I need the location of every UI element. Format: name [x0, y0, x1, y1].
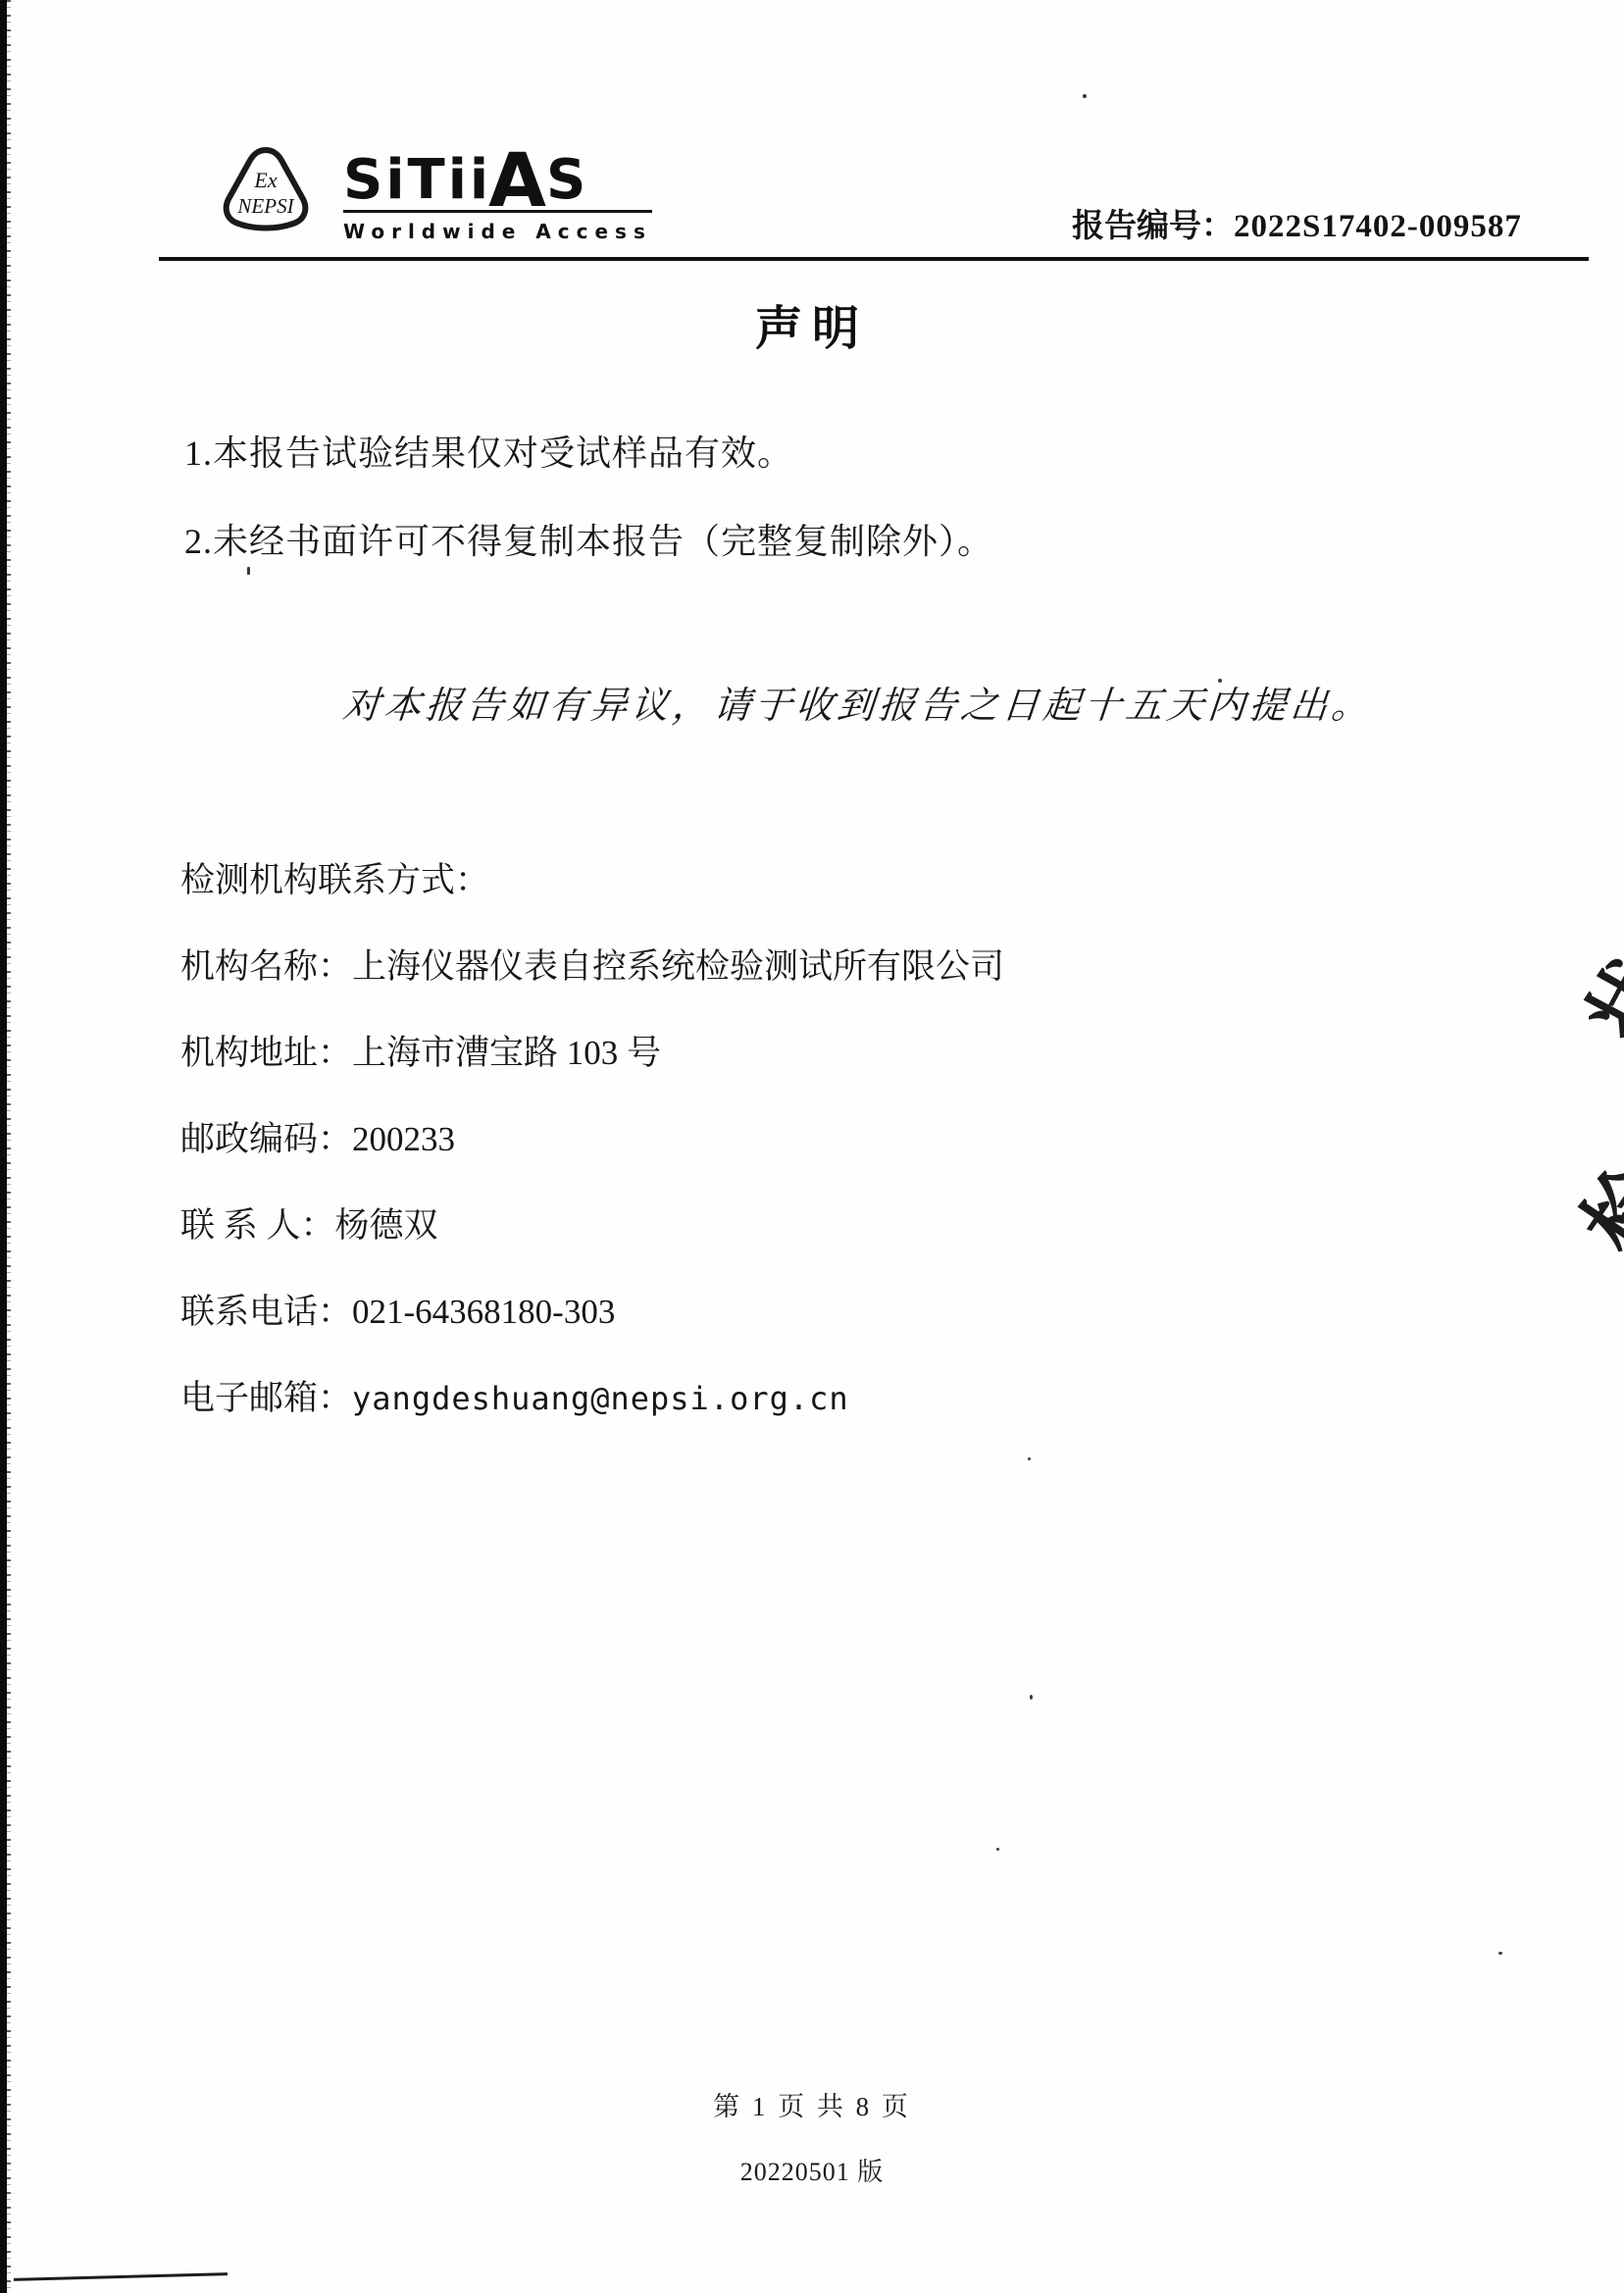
sitiias-logotype: SiTiiAS [343, 147, 652, 205]
statement-2: 2.未经书面许可不得复制本报告（完整复制除外）。 [184, 514, 993, 564]
email-value: yangdeshuang@nepsi.org.cn [352, 1380, 849, 1417]
scan-speck [247, 567, 250, 575]
contact-row-phone: 联系电话：021-64368180-303 [180, 1285, 1004, 1371]
email-label: 电子邮箱： [180, 1379, 352, 1417]
badge-nepsi-text: NEPSI [236, 194, 294, 218]
contact-row-postcode: 邮政编码：200233 [180, 1112, 1004, 1198]
nepsi-ex-badge-icon: Ex NEPSI [214, 143, 318, 243]
contact-heading: 检测机构联系方式： [180, 853, 1004, 940]
sitiias-wordmark: SiTiiAS Worldwide Access [343, 143, 652, 243]
scan-speck [1083, 94, 1087, 98]
report-number: 报告编号：2022S17402-009587 [1072, 200, 1522, 246]
header-divider [159, 257, 1589, 261]
header-logo: Ex NEPSI SiTiiAS Worldwide Access [214, 143, 652, 243]
report-number-value: 2022S17402-009587 [1234, 209, 1522, 244]
contact-block: 检测机构联系方式： 机构名称：上海仪器仪表自控系统检验测试所有限公司 机构地址：… [180, 853, 1004, 1457]
contact-row-email: 电子邮箱：yangdeshuang@nepsi.org.cn [180, 1371, 1004, 1457]
contact-row-person: 联 系 人：杨德双 [180, 1198, 1004, 1285]
phone-label: 联系电话： [180, 1293, 352, 1331]
contact-person-label: 联 系 人： [180, 1206, 335, 1245]
report-declaration-page: Ex NEPSI SiTiiAS Worldwide Access 报告编号：2… [0, 0, 1624, 2293]
wordmark-big-a: A [488, 151, 549, 209]
scan-bottom-line [14, 2272, 228, 2281]
report-number-label: 报告编号： [1072, 209, 1234, 244]
wordmark-pre: SiTii [343, 156, 491, 205]
statement-1: 1.本报告试验结果仅对受试样品有效。 [184, 426, 793, 476]
badge-ex-text: Ex [253, 168, 277, 192]
org-address-value: 上海市漕宝路 103 号 [352, 1034, 661, 1072]
edge-ink-fragment-bottom: 检 [1570, 1150, 1624, 1267]
objection-notice: 对本报告如有异议，请于收到报告之日起十五天内提出。 [341, 675, 1376, 729]
scan-speck [1030, 1695, 1033, 1700]
edge-ink-fragment-top: 状 [1577, 947, 1624, 1053]
contact-row-org-name: 机构名称：上海仪器仪表自控系统检验测试所有限公司 [180, 940, 1004, 1026]
version-label: 20220501 版 [0, 2152, 1624, 2188]
phone-value: 021-64368180-303 [352, 1293, 615, 1331]
postcode-value: 200233 [352, 1120, 455, 1158]
contact-person-value: 杨德双 [335, 1206, 438, 1245]
scan-speck [1218, 679, 1222, 683]
org-name-value: 上海仪器仪表自控系统检验测试所有限公司 [352, 947, 1004, 986]
scan-speck [1028, 1457, 1031, 1460]
org-name-label: 机构名称： [180, 947, 352, 986]
contact-row-org-address: 机构地址：上海市漕宝路 103 号 [180, 1026, 1004, 1112]
org-address-label: 机构地址： [180, 1034, 352, 1072]
scan-speck [1498, 1952, 1502, 1955]
page-indicator: 第 1 页 共 8 页 [0, 2085, 1624, 2123]
scan-speck [996, 1848, 999, 1851]
page-title: 声明 [0, 290, 1624, 358]
postcode-label: 邮政编码： [180, 1120, 352, 1158]
wordmark-end: S [546, 156, 588, 205]
